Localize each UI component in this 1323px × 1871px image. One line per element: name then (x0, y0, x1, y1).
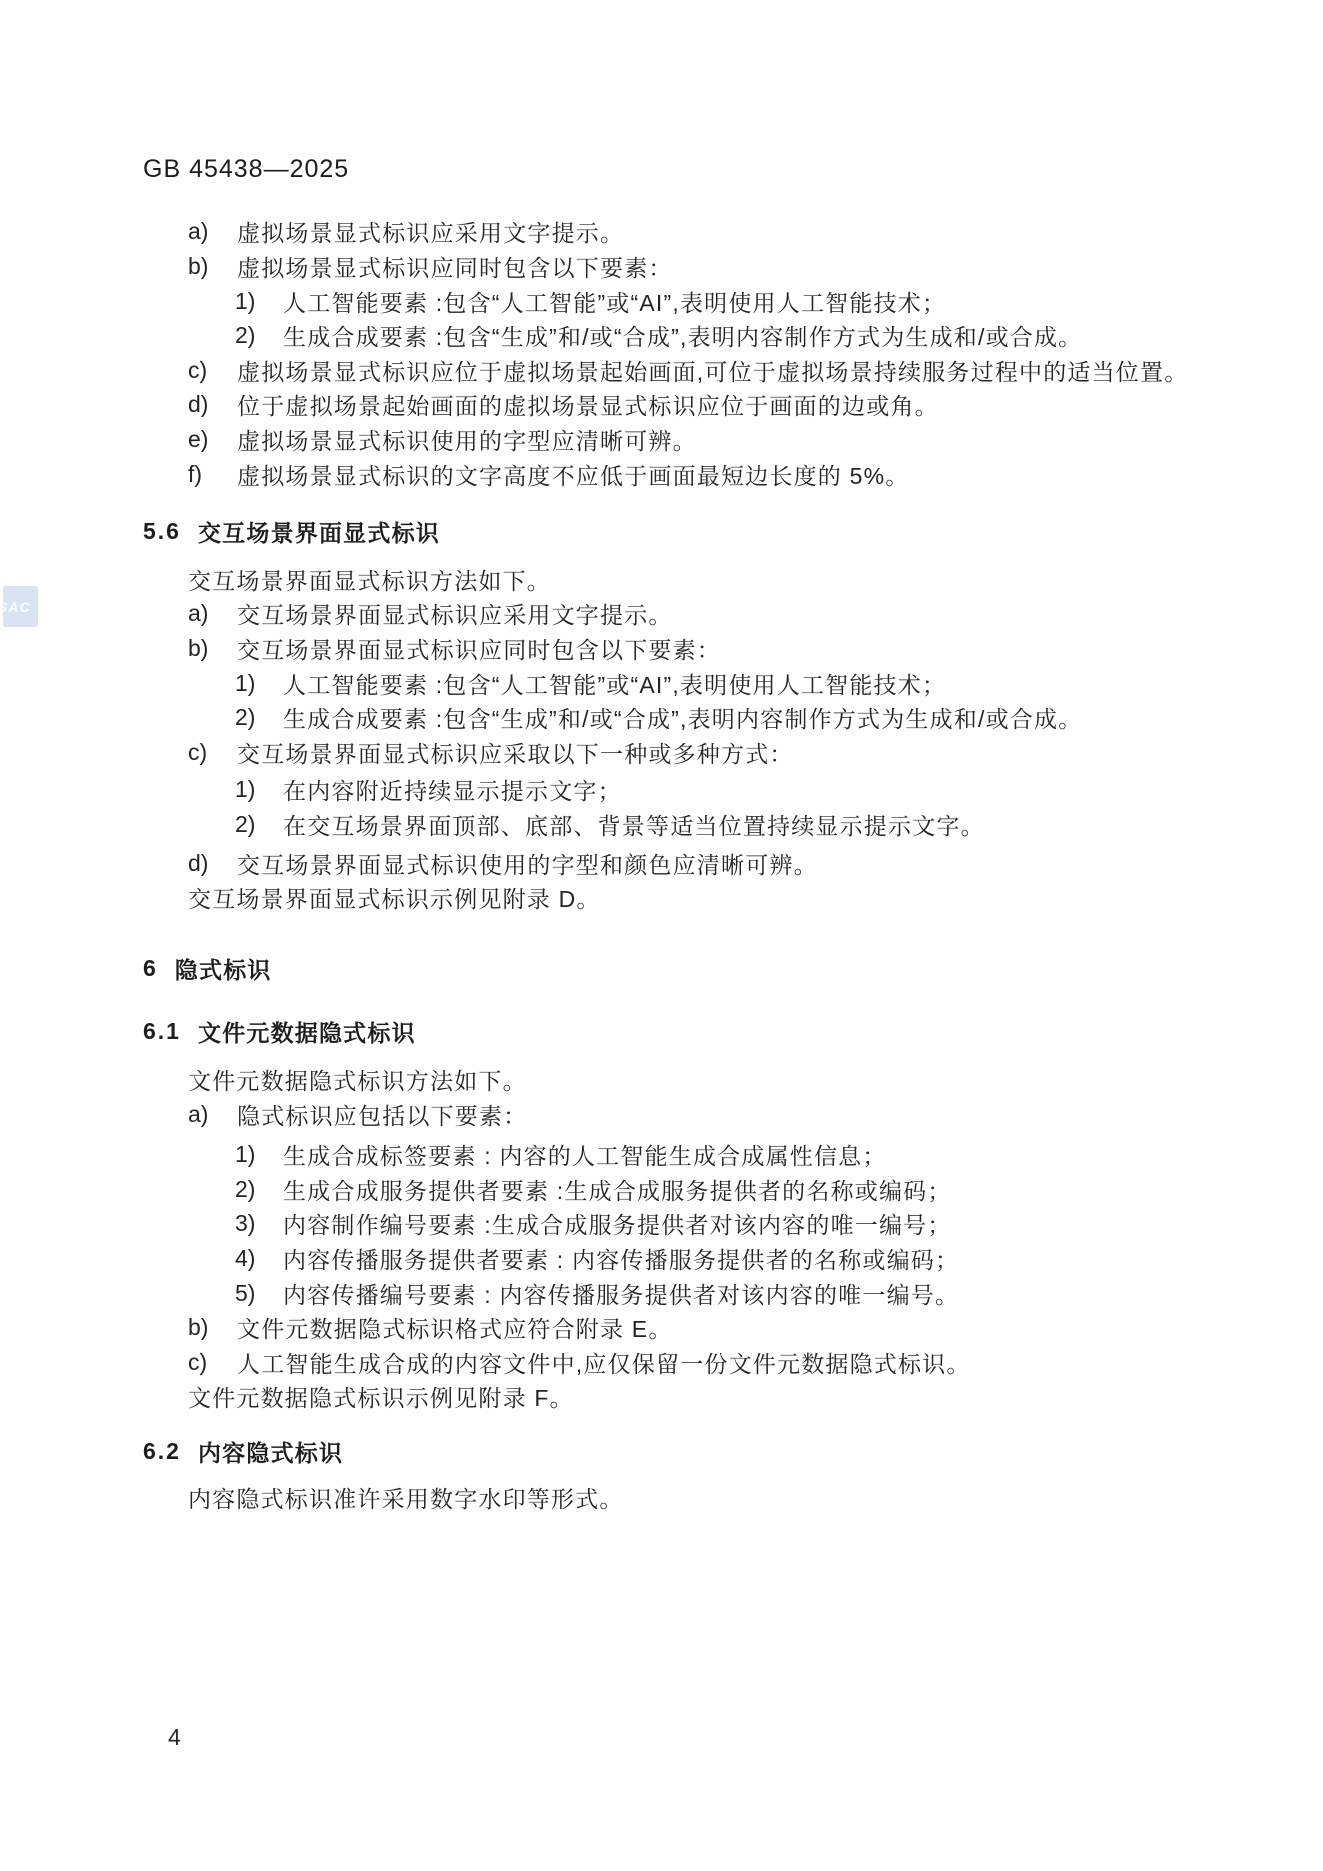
item-label: 5) (235, 1280, 283, 1307)
item-text: 人工智能要素 :包含“人工智能”或“AI”,表明使用人工智能技术； (283, 285, 946, 318)
list-item: b)文件元数据隐式标识格式应符合附录 E。 (0, 1310, 1323, 1345)
item-label: 1) (235, 288, 283, 315)
item-label: c) (188, 739, 237, 766)
list-subitem: 3)内容制作编号要素 :生成合成服务提供者对该内容的唯一编号； (0, 1207, 1323, 1242)
paragraph: 文件元数据隐式标识方法如下。 (0, 1062, 1323, 1097)
list-item: f)虚拟场景显式标识的文字高度不应低于画面最短边长度的 5%。 (0, 457, 1323, 492)
item-label: d) (188, 391, 237, 418)
item-label: 1) (235, 1141, 283, 1168)
item-label: 1) (235, 776, 283, 803)
item-label: 3) (235, 1210, 283, 1237)
paragraph: 交互场景界面显式标识方法如下。 (0, 562, 1323, 597)
heading-number: 6.2 (143, 1438, 181, 1465)
section-heading-6: 6隐式标识 (0, 951, 1323, 986)
item-text: 生成合成要素 :包含“生成”和/或“合成”,表明内容制作方式为生成和/或合成。 (283, 319, 1082, 352)
list-item: a)交互场景界面显式标识应采用文字提示。 (0, 597, 1323, 632)
list-item: c)虚拟场景显式标识应位于虚拟场景起始画面,可位于虚拟场景持续服务过程中的适当位… (0, 353, 1323, 388)
item-text: 交互场景界面显式标识应同时包含以下要素： (237, 632, 721, 665)
heading-number: 5.6 (143, 518, 181, 545)
paragraph-text: 文件元数据隐式标识方法如下。 (188, 1063, 527, 1096)
list-item: a)隐式标识应包括以下要素： (0, 1097, 1323, 1132)
item-text: 虚拟场景显式标识的文字高度不应低于画面最短边长度的 5%。 (237, 458, 909, 491)
item-text: 虚拟场景显式标识应位于虚拟场景起始画面,可位于虚拟场景持续服务过程中的适当位置。 (237, 354, 1188, 387)
item-label: b) (188, 635, 237, 662)
item-label: 2) (235, 811, 283, 838)
list-subitem: 2)生成合成要素 :包含“生成”和/或“合成”,表明内容制作方式为生成和/或合成… (0, 318, 1323, 353)
list-subitem: 4)内容传播服务提供者要素 : 内容传播服务提供者的名称或编码； (0, 1241, 1323, 1276)
item-text: 生成合成服务提供者要素 :生成合成服务提供者的名称或编码； (283, 1173, 952, 1206)
list-subitem: 1)生成合成标签要素 : 内容的人工智能生成合成属性信息； (0, 1137, 1323, 1172)
item-text: 内容传播编号要素 : 内容传播服务提供者对该内容的唯一编号。 (283, 1277, 959, 1310)
item-text: 人工智能生成合成的内容文件中,应仅保留一份文件元数据隐式标识。 (237, 1346, 971, 1379)
item-text: 虚拟场景显式标识使用的字型应清晰可辨。 (237, 423, 697, 456)
list-item: a)虚拟场景显式标识应采用文字提示。 (0, 215, 1323, 250)
item-text: 文件元数据隐式标识格式应符合附录 E。 (237, 1311, 673, 1344)
section-heading-5-6: 5.6交互场景界面显式标识 (0, 514, 1323, 549)
item-text: 交互场景界面显式标识应采取以下一种或多种方式： (237, 736, 794, 769)
heading-title: 文件元数据隐式标识 (198, 1015, 416, 1048)
list-item: c)交互场景界面显式标识应采取以下一种或多种方式： (0, 735, 1323, 770)
list-subitem: 2)在交互场景界面顶部、底部、背景等适当位置持续显示提示文字。 (0, 807, 1323, 842)
paragraph: 交互场景界面显式标识示例见附录 D。 (0, 880, 1323, 915)
list-subitem: 1)人工智能要素 :包含“人工智能”或“AI”,表明使用人工智能技术； (0, 666, 1323, 701)
item-label: c) (188, 357, 237, 384)
heading-title: 内容隐式标识 (198, 1435, 343, 1468)
document-page: GB 45438—2025 SAC a)虚拟场景显式标识应采用文字提示。 b)虚… (0, 0, 1323, 1871)
item-text: 交互场景界面显式标识使用的字型和颜色应清晰可辨。 (237, 847, 818, 880)
item-text: 位于虚拟场景起始画面的虚拟场景显式标识应位于画面的边或角。 (237, 388, 939, 421)
heading-title: 隐式标识 (175, 952, 272, 985)
item-label: 1) (235, 670, 283, 697)
item-label: b) (188, 253, 237, 280)
list-subitem: 2)生成合成服务提供者要素 :生成合成服务提供者的名称或编码； (0, 1172, 1323, 1207)
section-heading-6-1: 6.1文件元数据隐式标识 (0, 1015, 1323, 1050)
list-item: d)交互场景界面显式标识使用的字型和颜色应清晰可辨。 (0, 846, 1323, 881)
item-label: a) (188, 1101, 237, 1128)
section-heading-6-2: 6.2内容隐式标识 (0, 1434, 1323, 1469)
item-text: 隐式标识应包括以下要素： (237, 1098, 527, 1131)
paragraph: 内容隐式标识准许采用数字水印等形式。 (0, 1481, 1323, 1516)
list-subitem: 1)在内容附近持续显示提示文字； (0, 773, 1323, 808)
paragraph: 文件元数据隐式标识示例见附录 F。 (0, 1380, 1323, 1415)
item-text: 虚拟场景显式标识应采用文字提示。 (237, 215, 624, 248)
paragraph-text: 内容隐式标识准许采用数字水印等形式。 (188, 1481, 624, 1514)
item-label: 2) (235, 322, 283, 349)
item-label: e) (188, 426, 237, 453)
heading-number: 6 (143, 955, 158, 982)
list-item: e)虚拟场景显式标识使用的字型应清晰可辨。 (0, 422, 1323, 457)
item-text: 内容传播服务提供者要素 : 内容传播服务提供者的名称或编码； (283, 1242, 959, 1275)
heading-number: 6.1 (143, 1018, 181, 1045)
page-number: 4 (168, 1724, 181, 1751)
item-text: 在交互场景界面顶部、底部、背景等适当位置持续显示提示文字。 (283, 808, 985, 841)
list-item: b)交互场景界面显式标识应同时包含以下要素： (0, 631, 1323, 666)
item-text: 生成合成要素 :包含“生成”和/或“合成”,表明内容制作方式为生成和/或合成。 (283, 701, 1082, 734)
item-text: 在内容附近持续显示提示文字； (283, 773, 622, 806)
item-label: a) (188, 218, 237, 245)
item-label: 2) (235, 1176, 283, 1203)
list-subitem: 5)内容传播编号要素 : 内容传播服务提供者对该内容的唯一编号。 (0, 1276, 1323, 1311)
paragraph-text: 文件元数据隐式标识示例见附录 F。 (188, 1380, 574, 1413)
item-label: a) (188, 600, 237, 627)
item-text: 内容制作编号要素 :生成合成服务提供者对该内容的唯一编号； (283, 1207, 952, 1240)
item-label: c) (188, 1349, 237, 1376)
list-subitem: 2)生成合成要素 :包含“生成”和/或“合成”,表明内容制作方式为生成和/或合成… (0, 700, 1323, 735)
item-text: 人工智能要素 :包含“人工智能”或“AI”,表明使用人工智能技术； (283, 667, 946, 700)
item-text: 生成合成标签要素 : 内容的人工智能生成合成属性信息； (283, 1138, 887, 1171)
item-label: b) (188, 1314, 237, 1341)
item-text: 交互场景界面显式标识应采用文字提示。 (237, 597, 673, 630)
list-subitem: 1)人工智能要素 :包含“人工智能”或“AI”,表明使用人工智能技术； (0, 284, 1323, 319)
item-label: 2) (235, 704, 283, 731)
item-label: d) (188, 850, 237, 877)
paragraph-text: 交互场景界面显式标识示例见附录 D。 (188, 881, 601, 914)
paragraph-text: 交互场景界面显式标识方法如下。 (188, 563, 551, 596)
item-text: 虚拟场景显式标识应同时包含以下要素： (237, 250, 673, 283)
list-item: b)虚拟场景显式标识应同时包含以下要素： (0, 249, 1323, 284)
item-label: 4) (235, 1245, 283, 1272)
list-item: c)人工智能生成合成的内容文件中,应仅保留一份文件元数据隐式标识。 (0, 1345, 1323, 1380)
item-label: f) (188, 461, 237, 488)
heading-title: 交互场景界面显式标识 (198, 515, 440, 548)
document-content: a)虚拟场景显式标识应采用文字提示。 b)虚拟场景显式标识应同时包含以下要素： … (0, 0, 1323, 1515)
list-item: d)位于虚拟场景起始画面的虚拟场景显式标识应位于画面的边或角。 (0, 388, 1323, 423)
